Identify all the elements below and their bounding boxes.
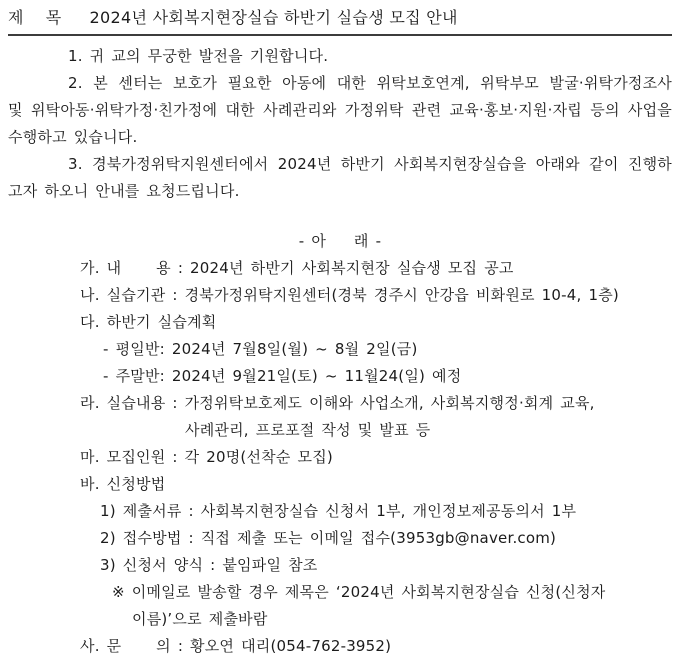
paragraph-1-line-1: 1. 귀 교의 무궁한 발전을 기원합니다. [8, 43, 672, 70]
item-ga-content: 가. 내 용 : 2024년 하반기 사회복지현장 실습생 모집 공고 [8, 255, 672, 282]
item-ba-submission: 2) 접수방법 : 직접 제출 또는 이메일 접수(3953gb@naver.c… [8, 525, 672, 552]
paragraph-2-line-2: 및 위탁아동·위탁가정·친가정에 대한 사례관리와 가정위탁 관련 교육·홍보·… [8, 97, 672, 124]
item-ma-capacity: 마. 모집인원 : 각 20명(선착순 모집) [8, 444, 672, 471]
item-ra-practice-content: 라. 실습내용 : 가정위탁보호제도 이해와 사업소개, 사회복지행정·회계 교… [8, 390, 672, 417]
paragraph-3-line-1: 3. 경북가정위탁지원센터에서 2024년 하반기 사회복지현장실습을 아래와 … [8, 151, 672, 178]
item-ba-email-note-line-2: 이름)’으로 제출바람 [8, 606, 672, 633]
item-da-weekday-class: - 평일반: 2024년 7월8일(월) ~ 8월 2일(금) [8, 336, 672, 363]
item-ba-form: 3) 신청서 양식 : 붙임파일 참조 [8, 552, 672, 579]
subject-label-word-1: 제 [8, 6, 24, 30]
document-page: 제 목 2024년 사회복지현장실습 하반기 실습생 모집 안내 1. 귀 교의… [0, 0, 680, 662]
page-title: 2024년 사회복지현장실습 하반기 실습생 모집 안내 [90, 6, 458, 30]
item-ra-practice-content-cont: 사례관리, 프로포절 작성 및 발표 등 [8, 417, 672, 444]
paragraph-3-line-2: 고자 하오니 안내를 요청드립니다. [8, 178, 672, 205]
subject-label-word-2: 목 [46, 6, 62, 30]
paragraph-2-line-3: 수행하고 있습니다. [8, 124, 672, 151]
title-divider-rule [8, 34, 672, 36]
item-sa-contact: 사. 문 의 : 황오연 대리(054-762-3952) [8, 633, 672, 660]
paragraph-2-line-1: 2. 본 센터는 보호가 필요한 아동에 대한 위탁보호연계, 위탁부모 발굴·… [8, 70, 672, 97]
subject-row: 제 목 2024년 사회복지현장실습 하반기 실습생 모집 안내 [8, 6, 672, 30]
section-divider-label: - 아 래 - [8, 228, 672, 255]
item-ba-email-note-line-1: ※ 이메일로 발송할 경우 제목은 ‘2024년 사회복지현장실습 신청(신청자 [8, 579, 672, 606]
item-da-weekend-class: - 주말반: 2024년 9월21일(토) ~ 11월24(일) 예정 [8, 363, 672, 390]
item-da-schedule: 다. 하반기 실습계획 [8, 309, 672, 336]
item-na-institution: 나. 실습기관 : 경북가정위탁지원센터(경북 경주시 안강읍 비화원로 10-… [8, 282, 672, 309]
item-ba-documents: 1) 제출서류 : 사회복지현장실습 신청서 1부, 개인정보제공동의서 1부 [8, 498, 672, 525]
item-ba-apply-method: 바. 신청방법 [8, 471, 672, 498]
